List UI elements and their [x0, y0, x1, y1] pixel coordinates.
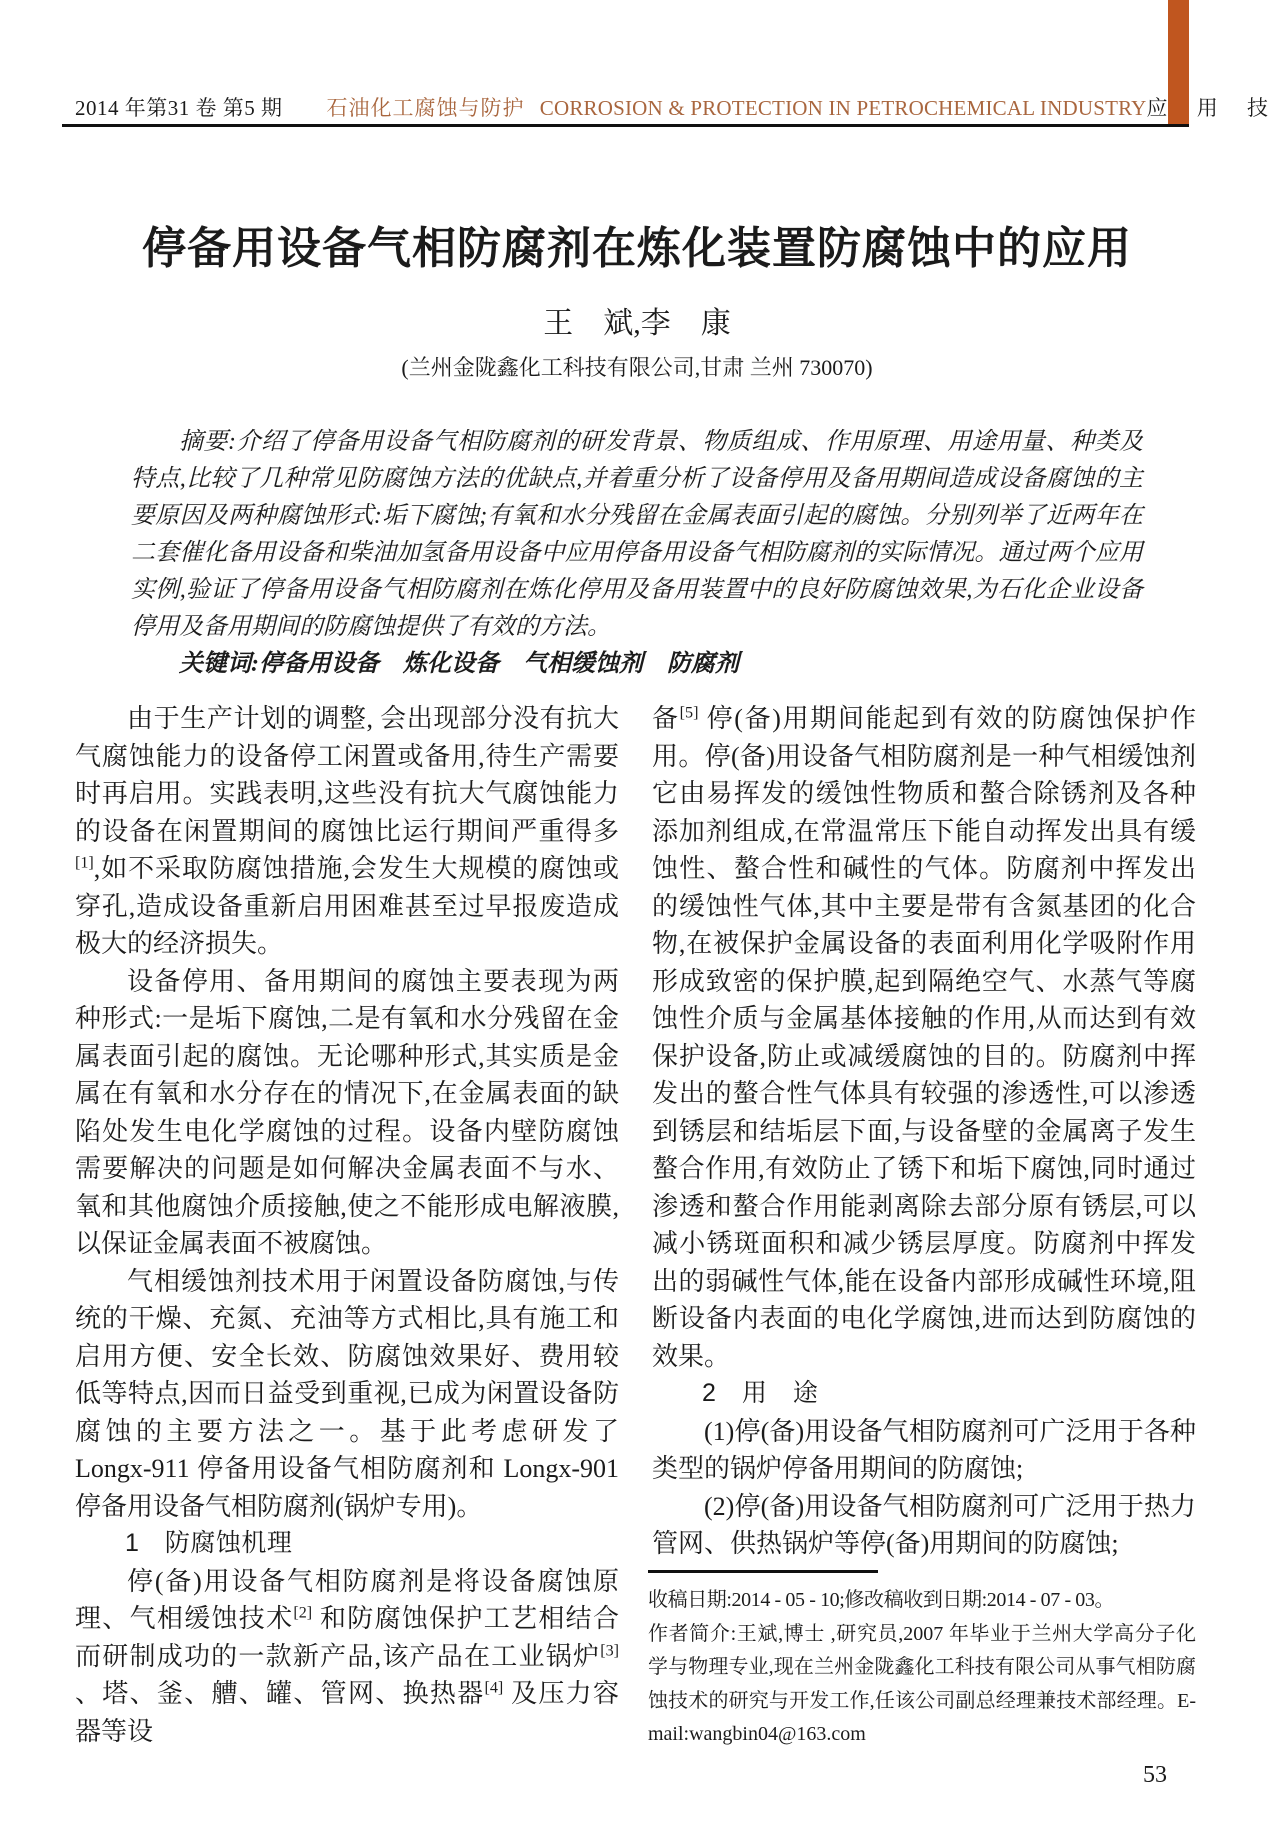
use-item-2: (2)停(备)用设备气相防腐剂可广泛用于热力管网、供热锅炉等停(备)用期间的防腐…	[652, 1488, 1196, 1563]
footnote-dates: 收稿日期:2014 - 05 - 10;修改稿收到日期:2014 - 07 - …	[648, 1584, 1196, 1618]
paragraph-4: 停(备)用设备气相防腐剂是将设备腐蚀原理、气相缓蚀技术[2] 和防腐蚀保护工艺相…	[75, 1563, 619, 1751]
header-rule	[62, 124, 1189, 127]
paragraph-1: 由于生产计划的调整, 会出现部分没有抗大气腐蚀能力的设备停工闲置或备用,待生产需…	[75, 700, 619, 963]
section-1-heading: 1 防腐蚀机理	[75, 1525, 619, 1563]
paragraph-3: 气相缓蚀剂技术用于闲置设备防腐蚀,与传统的干燥、充氮、充油等方式相比,具有施工和…	[75, 1263, 619, 1526]
keywords-line: 关键词:停备用设备 炼化设备 气相缓蚀剂 防腐剂	[131, 646, 1143, 683]
issue-label: 2014 年第31 卷 第5 期	[75, 92, 283, 122]
abstract-block: 摘要:介绍了停备用设备气相防腐剂的研发背景、物质组成、作用原理、用途用量、种类及…	[131, 424, 1143, 683]
left-column: 由于生产计划的调整, 会出现部分没有抗大气腐蚀能力的设备停工闲置或备用,待生产需…	[75, 700, 619, 1750]
article-authors: 王 斌,李 康	[0, 298, 1274, 342]
journal-page: 2014 年第31 卷 第5 期 石油化工腐蚀与防护 CORROSION & P…	[0, 0, 1274, 1837]
abstract-paragraph: 摘要:介绍了停备用设备气相防腐剂的研发背景、物质组成、作用原理、用途用量、种类及…	[131, 424, 1143, 646]
article-title: 停备用设备气相防腐剂在炼化装置防腐蚀中的应用	[0, 212, 1274, 276]
journal-name-chinese: 石油化工腐蚀与防护	[327, 96, 525, 120]
footnote-divider	[648, 1570, 878, 1573]
page-header: 2014 年第31 卷 第5 期 石油化工腐蚀与防护 CORROSION & P…	[75, 92, 1159, 122]
use-item-1: (1)停(备)用设备气相防腐剂可广泛用于各种类型的锅炉停备用期间的防腐蚀;	[652, 1413, 1196, 1488]
page-number: 53	[1143, 1762, 1167, 1789]
footnote-author-bio: 作者简介:王斌,博士 ,研究员,2007 年毕业于兰州大学高分子化学与物理专业,…	[648, 1618, 1196, 1752]
section-2-heading: 2 用 途	[652, 1375, 1196, 1413]
paragraph-2: 设备停用、备用期间的腐蚀主要表现为两种形式:一是垢下腐蚀,二是有氧和水分残留在金…	[75, 963, 619, 1263]
journal-name-english: CORROSION & PROTECTION IN PETROCHEMICAL …	[540, 96, 1147, 120]
journal-name: 石油化工腐蚀与防护 CORROSION & PROTECTION IN PETR…	[327, 92, 1147, 122]
section-label: 应 用 技 术	[1147, 92, 1274, 122]
footnote-block: 收稿日期:2014 - 05 - 10;修改稿收到日期:2014 - 07 - …	[648, 1570, 1196, 1752]
paragraph-continued: 备[5] 停(备)用期间能起到有效的防腐蚀保护作用。停(备)用设备气相防腐剂是一…	[652, 700, 1196, 1375]
article-affiliation: (兰州金陇鑫化工科技有限公司,甘肃 兰州 730070)	[0, 351, 1274, 382]
